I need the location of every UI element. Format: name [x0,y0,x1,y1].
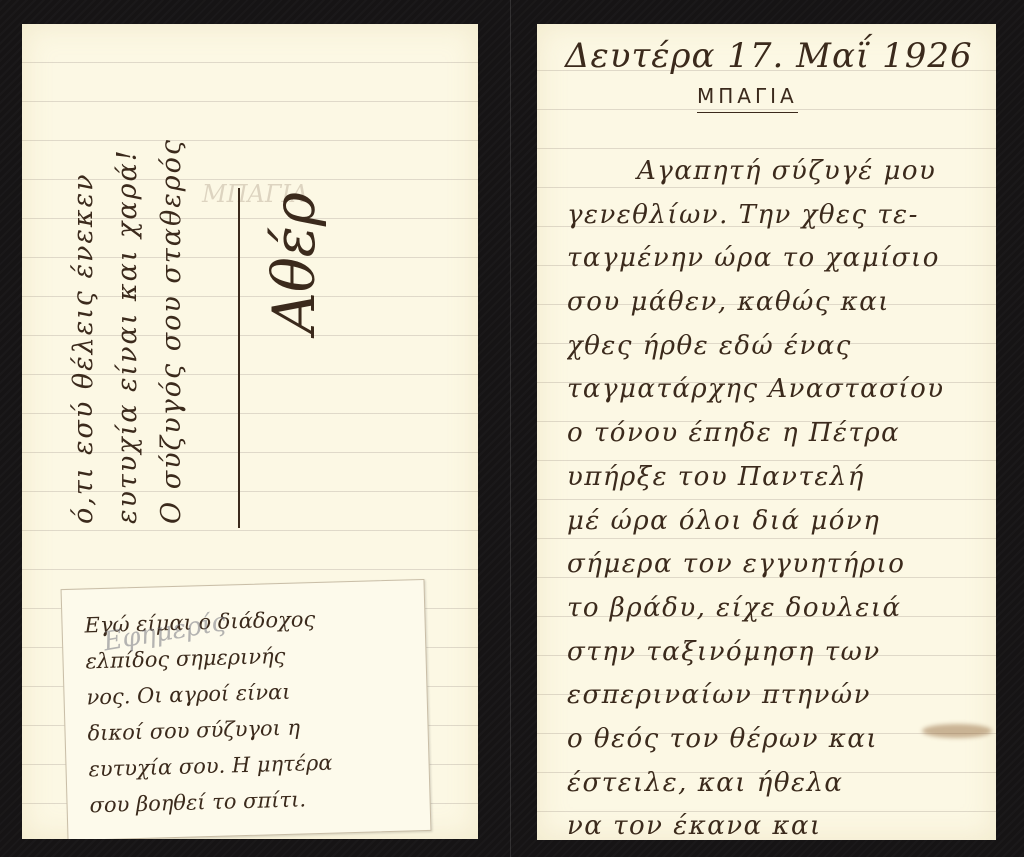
body-line: ο τόνου έπηδε η Πέτρα [567,412,987,456]
show-through-text: ΜΠΑΓΙΑ [202,174,472,214]
closing-line-2: ευτυχία είναι και χαρά! [106,138,150,524]
letter-date: Δευτέρα 17. Μαΐ 1926 [565,36,985,76]
body-line: χθες ήρθε εδώ ένας [567,325,987,369]
body-line: το βράδυ, είχε δουλειά [567,587,987,631]
rotated-closing-text: ό,τι εσύ θέλεις ένεκεν ευτυχία είναι και… [62,138,194,524]
left-page: ΜΠΑΓΙΑ ό,τι εσύ θέλεις ένεκεν ευτυχία εί… [22,24,478,839]
signature: Αθέρ [260,192,328,334]
body-line: έστειλε, και ήθελα [567,762,987,806]
pasted-note-slip: Εφημερίς Εγώ είμαι ο διάδοχος ελπίδος ση… [61,579,432,839]
body-line: στην ταξινόμηση των [567,631,987,675]
body-line: να τον έκανα και [567,805,987,840]
closing-line-3: Ο σύζυγός σου σταθερός [150,138,194,524]
closing-line-1: ό,τι εσύ θέλεις ένεκεν [62,138,106,524]
body-line: γενεθλίων. Την χθες τε- [567,194,987,238]
letter-body: Αγαπητή σύζυγέ μου γενεθλίων. Την χθες τ… [567,150,987,840]
body-line: ταγματάρχης Αναστασίου [567,368,987,412]
body-line: ταγμένην ώρα το χαμίσιο [567,237,987,281]
body-line: σου μάθεν, καθώς και [567,281,987,325]
body-line: σήμερα τον εγγυητήριο [567,543,987,587]
body-line: Αγαπητή σύζυγέ μου [567,150,987,194]
body-line: υπήρξε του Παντελή [567,456,987,500]
right-page: Δευτέρα 17. Μαΐ 1926 ΜΠΑΓΙΑ Αγαπητή σύζυ… [537,24,996,840]
ink-smudge [922,724,992,738]
body-line: ο θεός τον θέρων και [567,718,987,762]
signature-rule [238,188,240,528]
page-fold-gutter [510,0,511,857]
letter-place: ΜΠΑΓΙΑ [697,84,798,113]
body-line: εσπεριναίων πτηνών [567,674,987,718]
body-line: μέ ώρα όλοι διά μόνη [567,500,987,544]
